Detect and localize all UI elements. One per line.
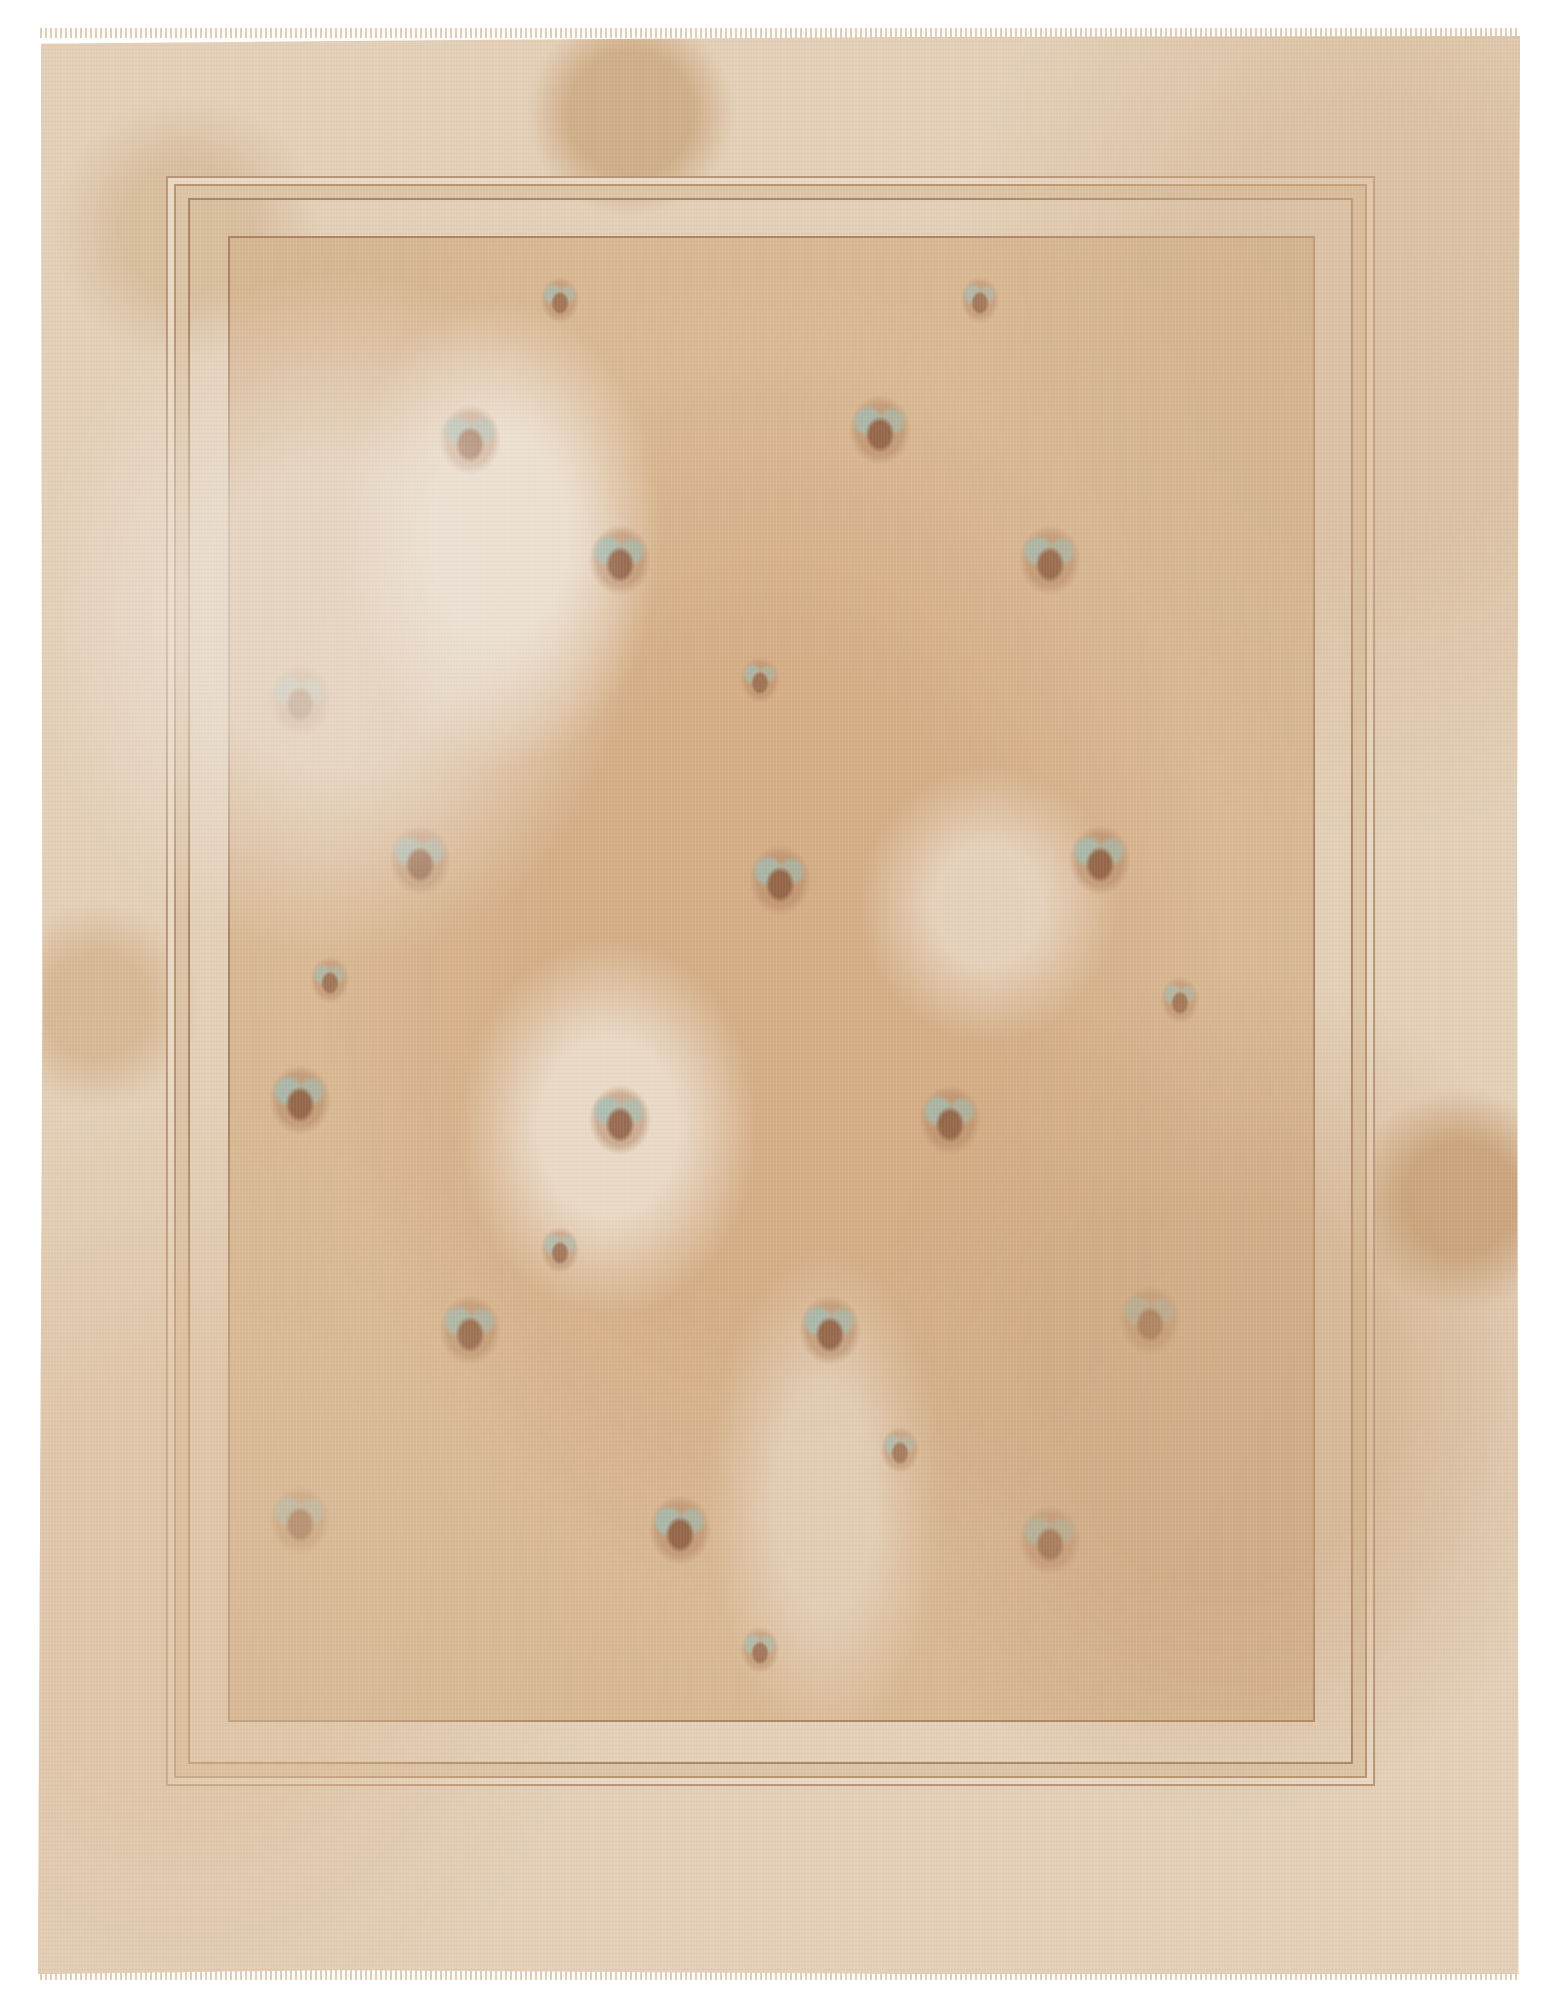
rug-floral-motif xyxy=(260,655,340,745)
rug-floral-motif xyxy=(535,270,585,330)
rug-floral-motif xyxy=(580,515,660,605)
rug-floral-motif xyxy=(535,1220,585,1280)
rug-floral-motif xyxy=(875,1420,925,1480)
rug-floral-motif xyxy=(740,835,820,925)
rug-floral-motif xyxy=(1060,815,1140,905)
rug-floral-motif xyxy=(790,1285,870,1375)
rug-floral-motif xyxy=(640,1485,720,1575)
rug-floral-motif xyxy=(260,1055,340,1145)
rug-floral-motif xyxy=(580,1075,660,1165)
rug-floral-motif xyxy=(305,950,355,1010)
rug-floral-motif xyxy=(260,1475,340,1565)
rug-floral-motif xyxy=(840,385,920,475)
rug-floral-motif xyxy=(735,650,785,710)
rug-floral-motif xyxy=(430,1285,510,1375)
rug-floral-motif xyxy=(735,1620,785,1680)
rug-floral-motif xyxy=(1010,515,1090,605)
rug-floral-motif xyxy=(1155,970,1205,1030)
rug-field xyxy=(228,236,1315,1722)
rug-floral-motif xyxy=(910,1075,990,1165)
rug-floral-motif xyxy=(430,395,510,485)
rug-floral-motif xyxy=(1110,1275,1190,1365)
rug-floral-motif xyxy=(955,270,1005,330)
rug-floral-motif xyxy=(380,815,460,905)
rug xyxy=(38,36,1520,1974)
rug-floral-motif xyxy=(1010,1495,1090,1585)
